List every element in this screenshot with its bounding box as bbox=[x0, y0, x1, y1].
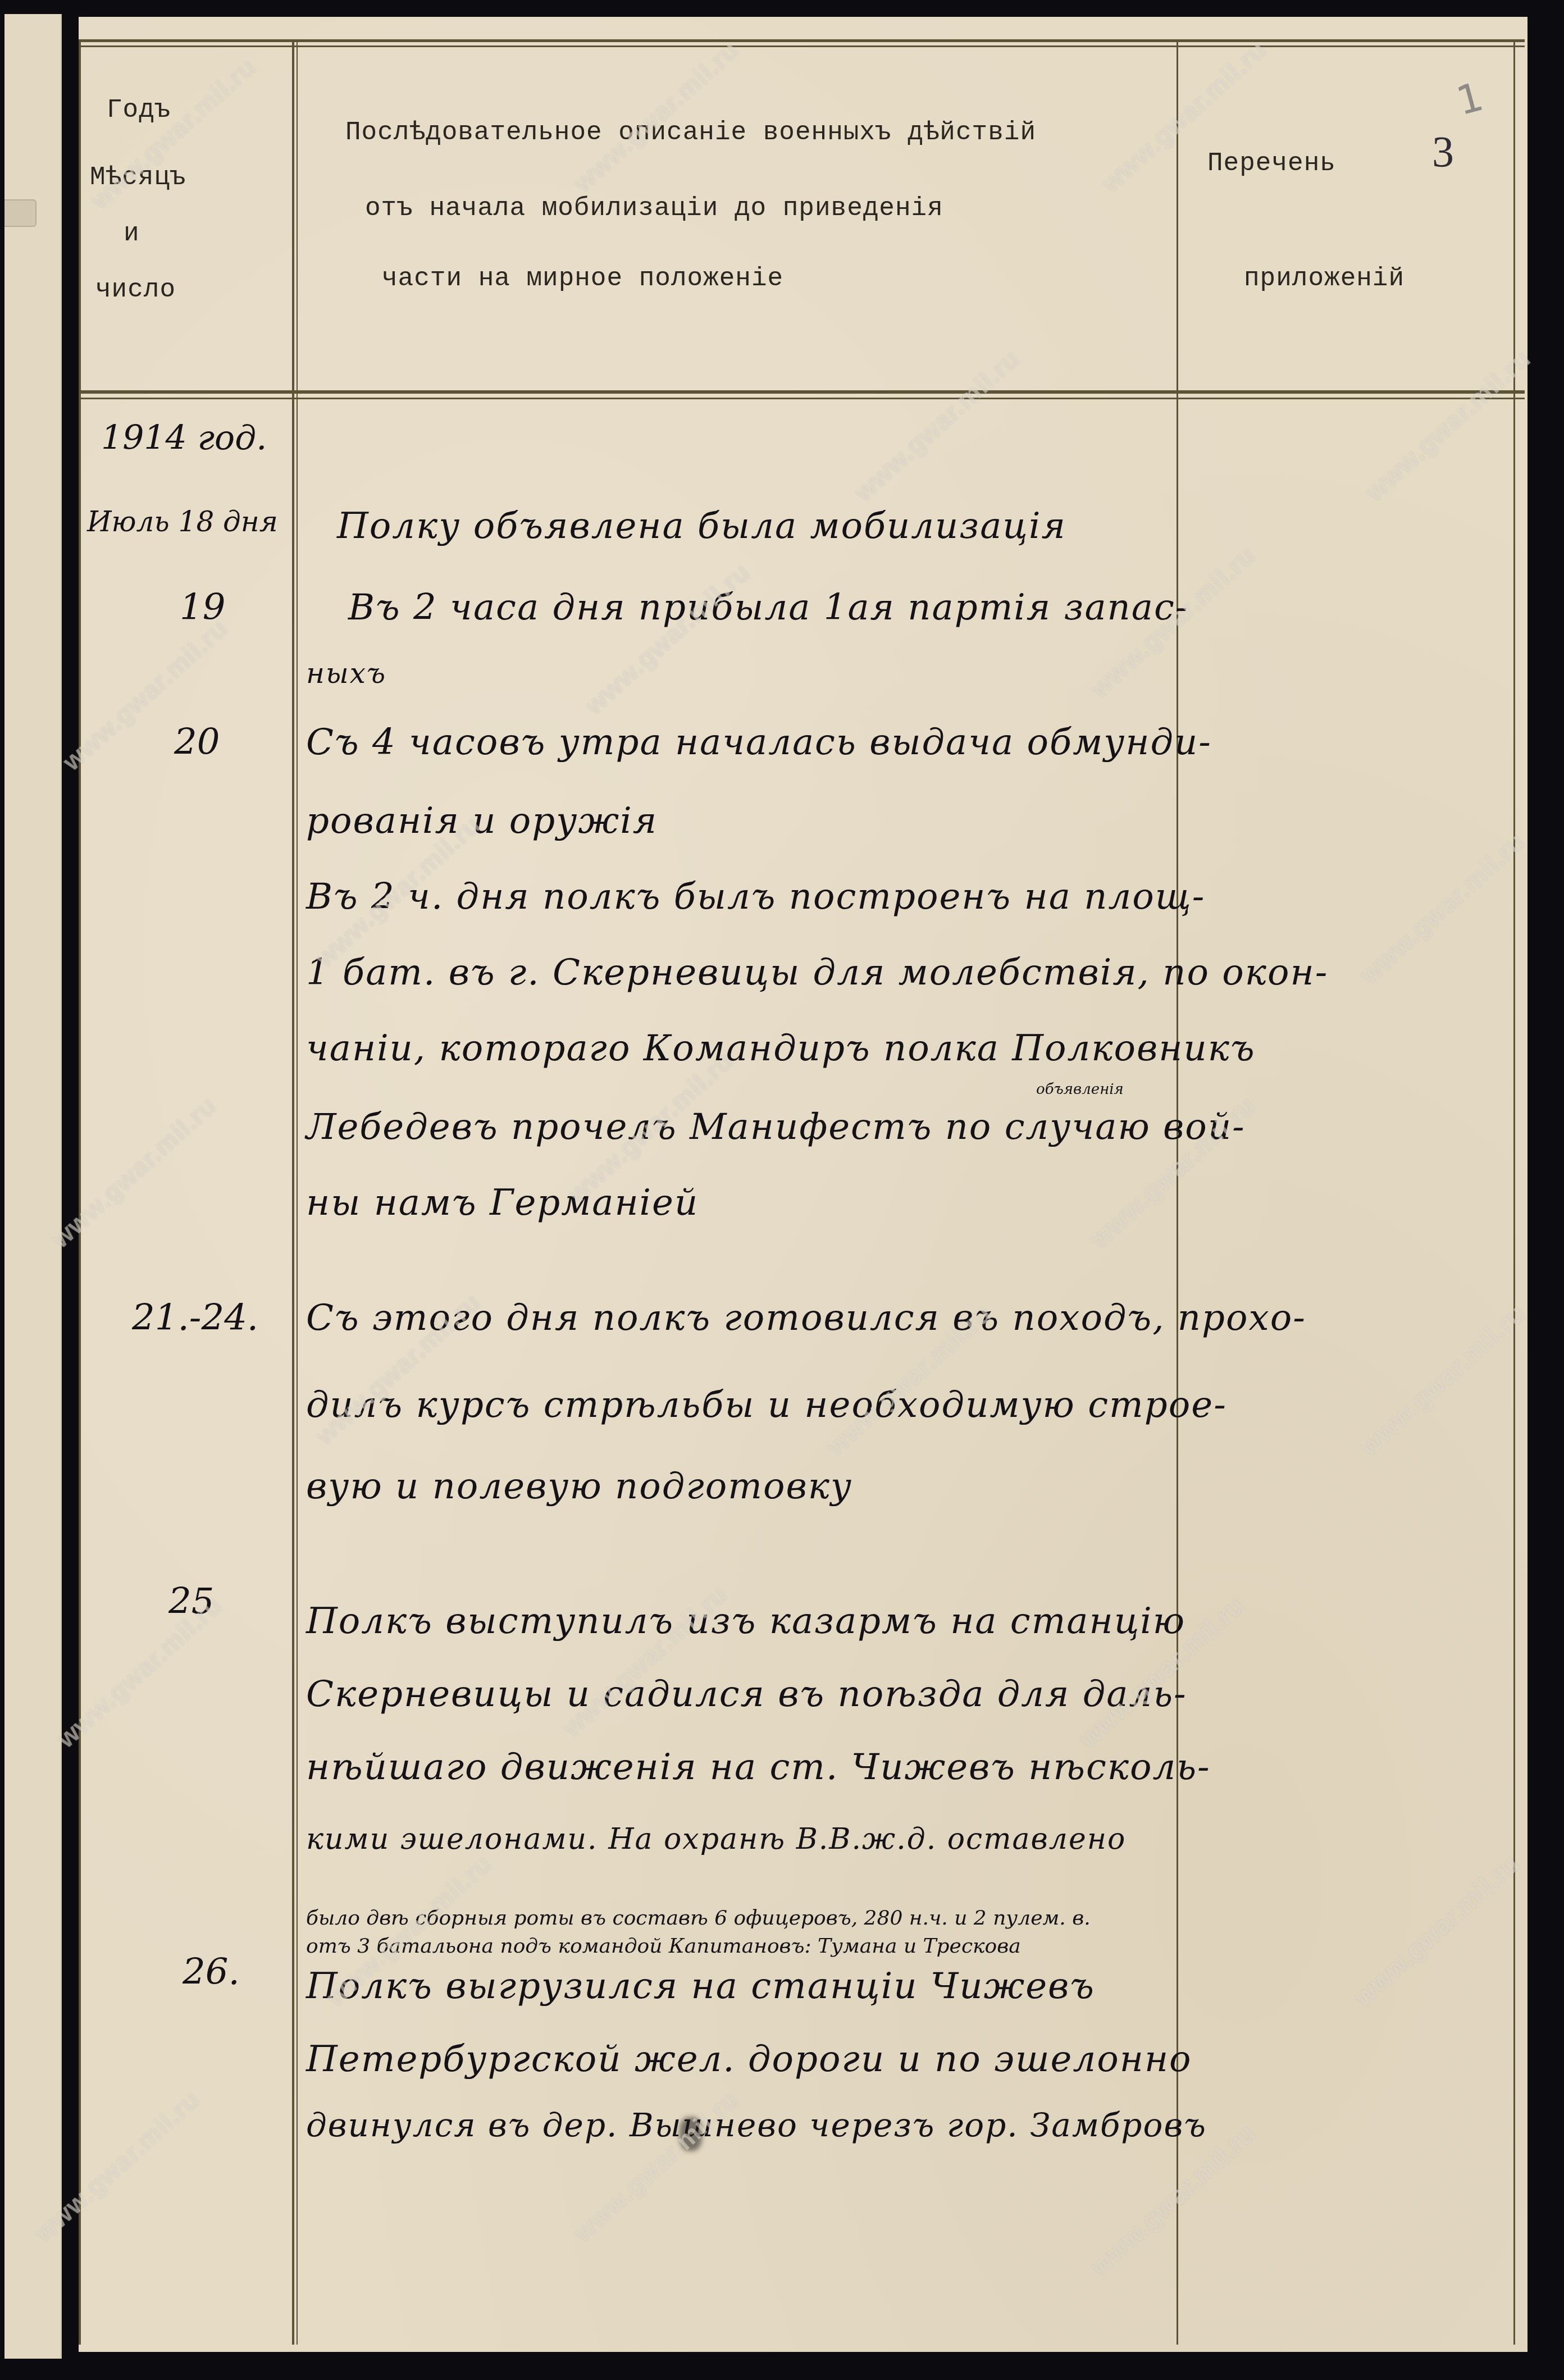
entry-date: 26. bbox=[183, 1952, 240, 1993]
header-description-line-3: части на мирное положенiе bbox=[382, 264, 783, 293]
header-day-label: число bbox=[95, 275, 176, 304]
left-binding-strip bbox=[4, 14, 62, 2359]
entry-date-year: 1914 год. bbox=[101, 418, 267, 458]
entry-line: Полкъ выгрузился на станцiи Чижевъ bbox=[306, 1966, 1095, 2007]
watermark: www.gwar.mil.ru bbox=[1359, 343, 1536, 507]
entry-line: Скерневицы и садился въ поѣзда для даль- bbox=[306, 1674, 1187, 1715]
entry-line: дилъ курсъ стрѣльбы и необходимую строе- bbox=[306, 1384, 1227, 1426]
header-bottom-rule bbox=[79, 390, 1525, 394]
right-border bbox=[1513, 42, 1515, 2345]
entry-line: Полкъ выступилъ изъ казармъ на станцiю bbox=[306, 1601, 1185, 1642]
date-column-divider bbox=[292, 42, 294, 2345]
document-page: Годъ Мѣсяцъ и число Послѣдовательное опи… bbox=[79, 17, 1527, 2352]
entry-line: ны намъ Германiей bbox=[306, 1182, 699, 1224]
header-description-line-2: отъ начала мобилизацiи до приведенiя bbox=[365, 194, 943, 223]
header-year-label: Годъ bbox=[107, 95, 171, 125]
entry-line: нѣйшаго движенiя на ст. Чижевъ нѣсколь- bbox=[306, 1747, 1211, 1788]
watermark: www.gwar.mil.ru bbox=[1348, 1848, 1525, 2012]
entry-date: Июль 18 дня bbox=[87, 505, 278, 538]
binding-tab bbox=[4, 199, 37, 227]
page-number: 3 bbox=[1432, 126, 1454, 177]
entry-line: 1 бат. въ г. Скерневицы для молебствiя, … bbox=[306, 952, 1328, 993]
entry-line: вую и полевую подготовку bbox=[306, 1466, 852, 1507]
entry-line: Съ 4 часовъ утра началась выдача обмунди… bbox=[306, 722, 1212, 763]
attachments-column-divider bbox=[1177, 42, 1178, 2345]
entry-line: Петербургской жел. дороги и по эшелонно bbox=[306, 2039, 1192, 2080]
watermark: www.gwar.mil.ru bbox=[1353, 1298, 1531, 1462]
entry-line: Въ 2 часа дня прибыла 1ая партiя запас- bbox=[348, 587, 1188, 628]
entry-line: Полку объявлена была мобилизацiя bbox=[337, 505, 1066, 547]
entry-superscript: объявленiя bbox=[1036, 1081, 1124, 1098]
entry-line: ныхъ bbox=[306, 657, 386, 690]
entry-line: Въ 2 ч. дня полкъ былъ построенъ на площ… bbox=[306, 876, 1205, 918]
entry-date: 21.-24. bbox=[132, 1297, 258, 1339]
watermark: www.gwar.mil.ru bbox=[1353, 826, 1531, 990]
header-and-label: и bbox=[124, 219, 140, 248]
date-column-divider-2 bbox=[297, 42, 298, 2345]
watermark: www.gwar.mil.ru bbox=[578, 557, 756, 721]
watermark: www.gwar.mil.ru bbox=[567, 34, 745, 198]
watermark: www.gwar.mil.ru bbox=[848, 343, 1025, 507]
watermark: www.gwar.mil.ru bbox=[51, 1590, 228, 1754]
header-attachments-label-1: Перечень bbox=[1207, 149, 1336, 178]
entry-date: 20 bbox=[174, 722, 220, 763]
header-attachments-label-2: приложенiй bbox=[1244, 264, 1405, 293]
entry-line: кими эшелонами. На охранѣ В.В.ж.д. остав… bbox=[306, 1822, 1126, 1856]
left-border bbox=[79, 42, 81, 2345]
watermark: www.gwar.mil.ru bbox=[45, 1090, 222, 1254]
entry-line: чанiи, котораго Командиръ полка Полковни… bbox=[306, 1028, 1256, 1069]
header-top-rule bbox=[79, 39, 1525, 42]
header-top-rule-2 bbox=[79, 45, 1525, 47]
entry-line: двинулся въ дер. Вышнево черезъ гор. Зам… bbox=[306, 2106, 1207, 2144]
entry-line: Лебедевъ прочелъ Манифестъ по случаю вой… bbox=[306, 1106, 1246, 1148]
pencil-mark: 1 bbox=[1452, 74, 1488, 125]
header-description-line-1: Послѣдовательное описанiе военныхъ дѣйст… bbox=[345, 118, 1036, 147]
header-bottom-rule-2 bbox=[79, 398, 1525, 399]
